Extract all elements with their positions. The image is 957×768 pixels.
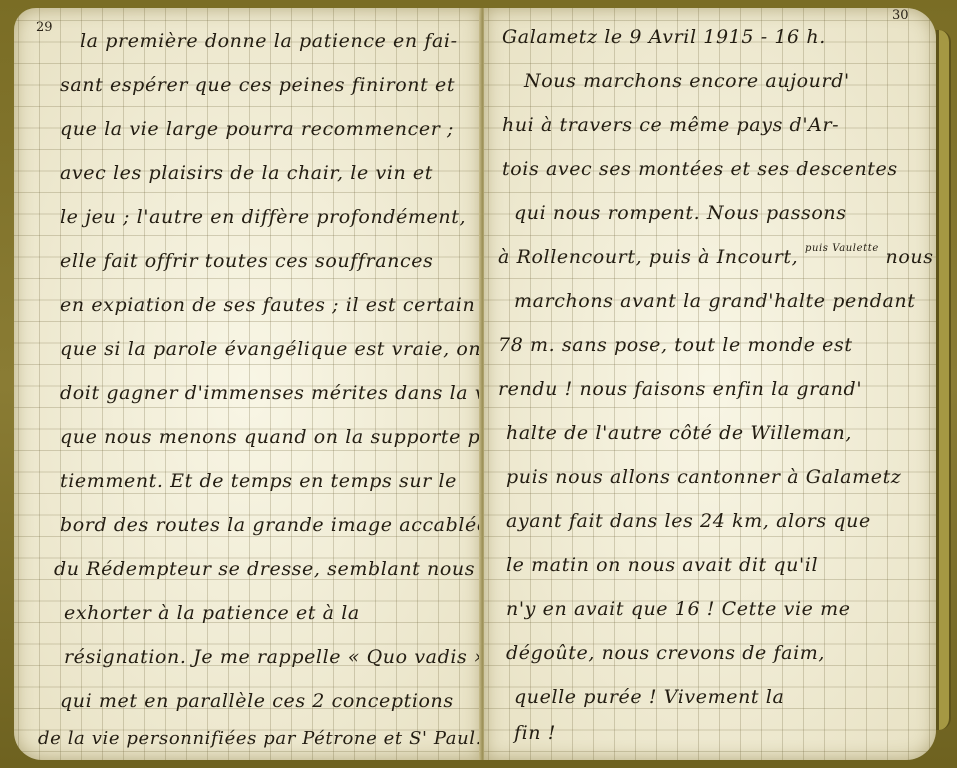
text-line: tiemment. Et de temps en temps sur le	[60, 470, 457, 492]
text-line: n'y en avait que 16 ! Cette vie me	[506, 598, 851, 620]
left-page: 29 la première donne la patience en fai-…	[14, 8, 482, 760]
text-line: Nous marchons encore aujourd'	[524, 70, 850, 92]
text-line: ayant fait dans les 24 km, alors que	[506, 510, 871, 532]
text-line: exhorter à la patience et à la	[64, 602, 360, 624]
text-line: 78 m. sans pose, tout le monde est	[498, 334, 853, 356]
text-line: dégoûte, nous crevons de faim,	[506, 642, 825, 664]
notebook-cover-edge	[936, 30, 951, 730]
entry-heading: Galametz le 9 Avril 1915 - 16 h.	[502, 26, 826, 48]
text-line: en expiation de ses fautes ; il est cert…	[60, 294, 475, 316]
text-line: la première donne la patience en fai-	[80, 30, 458, 52]
text-line: sant espérer que ces peines finiront et	[60, 74, 455, 96]
text-fragment: à Rollencourt, puis à Incourt,	[498, 246, 798, 268]
interlinear-insertion: puis Vaulette	[805, 243, 879, 254]
left-page-number: 29	[36, 20, 53, 35]
right-page-number: 30	[892, 8, 909, 23]
text-line: qui met en parallèle ces 2 conceptions	[60, 690, 454, 712]
text-line: que la vie large pourra recommencer ;	[60, 118, 454, 140]
text-line: tois avec ses montées et ses descentes	[502, 158, 898, 180]
text-line: elle fait offrir toutes ces souffrances	[60, 250, 433, 272]
text-line: qui nous rompent. Nous passons	[514, 202, 847, 224]
text-line: le matin on nous avait dit qu'il	[506, 554, 818, 576]
text-line: hui à travers ce même pays d'Ar-	[502, 114, 839, 136]
text-line: résignation. Je me rappelle « Quo vadis …	[64, 646, 486, 668]
text-line: halte de l'autre côté de Willeman,	[506, 422, 852, 444]
text-line: de la vie personnifiées par Pétrone et S…	[38, 728, 482, 749]
text-line: quelle purée ! Vivement la	[514, 686, 784, 708]
right-page: 30 Galametz le 9 Avril 1915 - 16 h. Nous…	[484, 8, 936, 760]
text-line: à Rollencourt, puis à Incourt, puis Vaul…	[498, 246, 934, 268]
text-line: bord des routes la grande image accablée	[60, 514, 489, 536]
text-line: marchons avant la grand'halte pendant	[514, 290, 915, 312]
text-line: avec les plaisirs de la chair, le vin et	[60, 162, 433, 184]
text-line: fin !	[514, 722, 556, 744]
text-line: que si la parole évangélique est vraie, …	[60, 338, 481, 360]
text-line: le jeu ; l'autre en diffère profondément…	[60, 206, 466, 228]
text-line: du Rédempteur se dresse, semblant nous	[54, 558, 475, 580]
text-line: doit gagner d'immenses mérites dans la v…	[60, 382, 505, 404]
text-line: rendu ! nous faisons enfin la grand'	[498, 378, 862, 400]
text-line: puis nous allons cantonner à Galametz	[506, 466, 901, 488]
notebook-spread: 29 la première donne la patience en fai-…	[0, 0, 957, 768]
text-fragment: nous	[886, 246, 934, 268]
text-line: que nous menons quand on la supporte pa-	[60, 426, 499, 448]
